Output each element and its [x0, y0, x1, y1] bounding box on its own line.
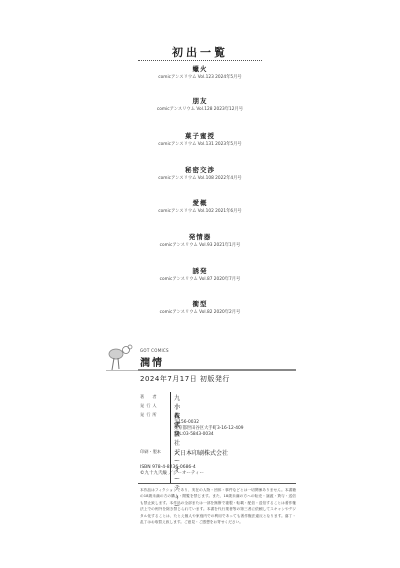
imprint-label: GOT COMICS — [140, 348, 169, 353]
story-title: 蠟火 — [0, 65, 400, 74]
story-source: comicアンスリウム Vol.131 2023年5月号 — [0, 141, 400, 148]
story-source: comicアンスリウム Vol.123 2024年5月号 — [0, 74, 400, 81]
story-title: 朋友 — [0, 97, 400, 106]
toc-entry: 朋友 comicアンスリウム Vol.128 2023年12月号 — [0, 97, 400, 113]
publisher-address: 〒156-0032 東京都世田谷区大手町3-16-12-409 TEL:03-5… — [174, 420, 244, 438]
credit-label: 著 者 — [140, 394, 168, 400]
toc-entry: 蠟火 comicアンスリウム Vol.123 2024年5月号 — [0, 65, 400, 81]
story-title: 誘発 — [0, 267, 400, 276]
isbn-block: ISBN 978-4-8236-0686-4 ©九十九弐級 ／ジーオーティー — [140, 465, 204, 477]
toc-entry: 愛概 comicアンスリウム Vol.102 2021年6月号 — [0, 199, 400, 215]
disclaimer-text: 本作品はフィクションであり、実在の人物・団体・事件などとは一切関係ありません。本… — [140, 487, 296, 525]
story-source: comicアンスリウム Vol.87 2020年7月号 — [0, 276, 400, 283]
dotted-divider — [138, 60, 262, 61]
story-source: comicアンスリウム Vol.102 2021年6月号 — [0, 208, 400, 215]
toc-entry: 誘発 comicアンスリウム Vol.87 2020年7月号 — [0, 267, 400, 283]
book-title: 潤情 — [140, 354, 164, 369]
colophon-page: 初出一覧 蠟火 comicアンスリウム Vol.123 2024年5月号 朋友 … — [0, 0, 400, 568]
story-source: comicアンスリウム Vol.93 2021年1月号 — [0, 242, 400, 249]
story-source: comicアンスリウム Vol.108 2022年4月号 — [0, 175, 400, 182]
divider — [138, 483, 296, 484]
divider — [106, 370, 138, 371]
publication-date: 2024年7月17日 初版発行 — [140, 374, 230, 384]
story-source: comicアンスリウム Vol.128 2023年12月号 — [0, 106, 400, 113]
toc-entry: 衝型 comicアンスリウム Vol.82 2020年2月号 — [0, 300, 400, 316]
credit-label: 発行所 — [140, 412, 168, 418]
printer-row: 印刷・製本 大日本印刷株式会社 — [140, 448, 300, 457]
story-title: 秘密交渉 — [0, 166, 400, 175]
printer-value: 大日本印刷株式会社 — [174, 448, 228, 457]
copyright: ©九十九弐級 ／ジーオーティー — [140, 471, 204, 477]
story-title: 愛概 — [0, 199, 400, 208]
story-source: comicアンスリウム Vol.82 2020年2月号 — [0, 309, 400, 316]
story-title: 菓子蜜授 — [0, 132, 400, 141]
got-comics-logo-icon — [106, 343, 136, 373]
printer-label: 印刷・製本 — [140, 449, 161, 455]
toc-entry: 秘密交渉 comicアンスリウム Vol.108 2022年4月号 — [0, 166, 400, 182]
story-title: 発情器 — [0, 233, 400, 242]
toc-title: 初出一覧 — [0, 44, 400, 60]
story-title: 衝型 — [0, 300, 400, 309]
toc-entry: 菓子蜜授 comicアンスリウム Vol.131 2023年5月号 — [0, 132, 400, 148]
divider — [138, 369, 296, 371]
toc-entry: 発情器 comicアンスリウム Vol.93 2021年1月号 — [0, 233, 400, 249]
phone-number: TEL:03-5843-0034 — [174, 432, 244, 438]
credit-label: 発行人 — [140, 403, 168, 409]
